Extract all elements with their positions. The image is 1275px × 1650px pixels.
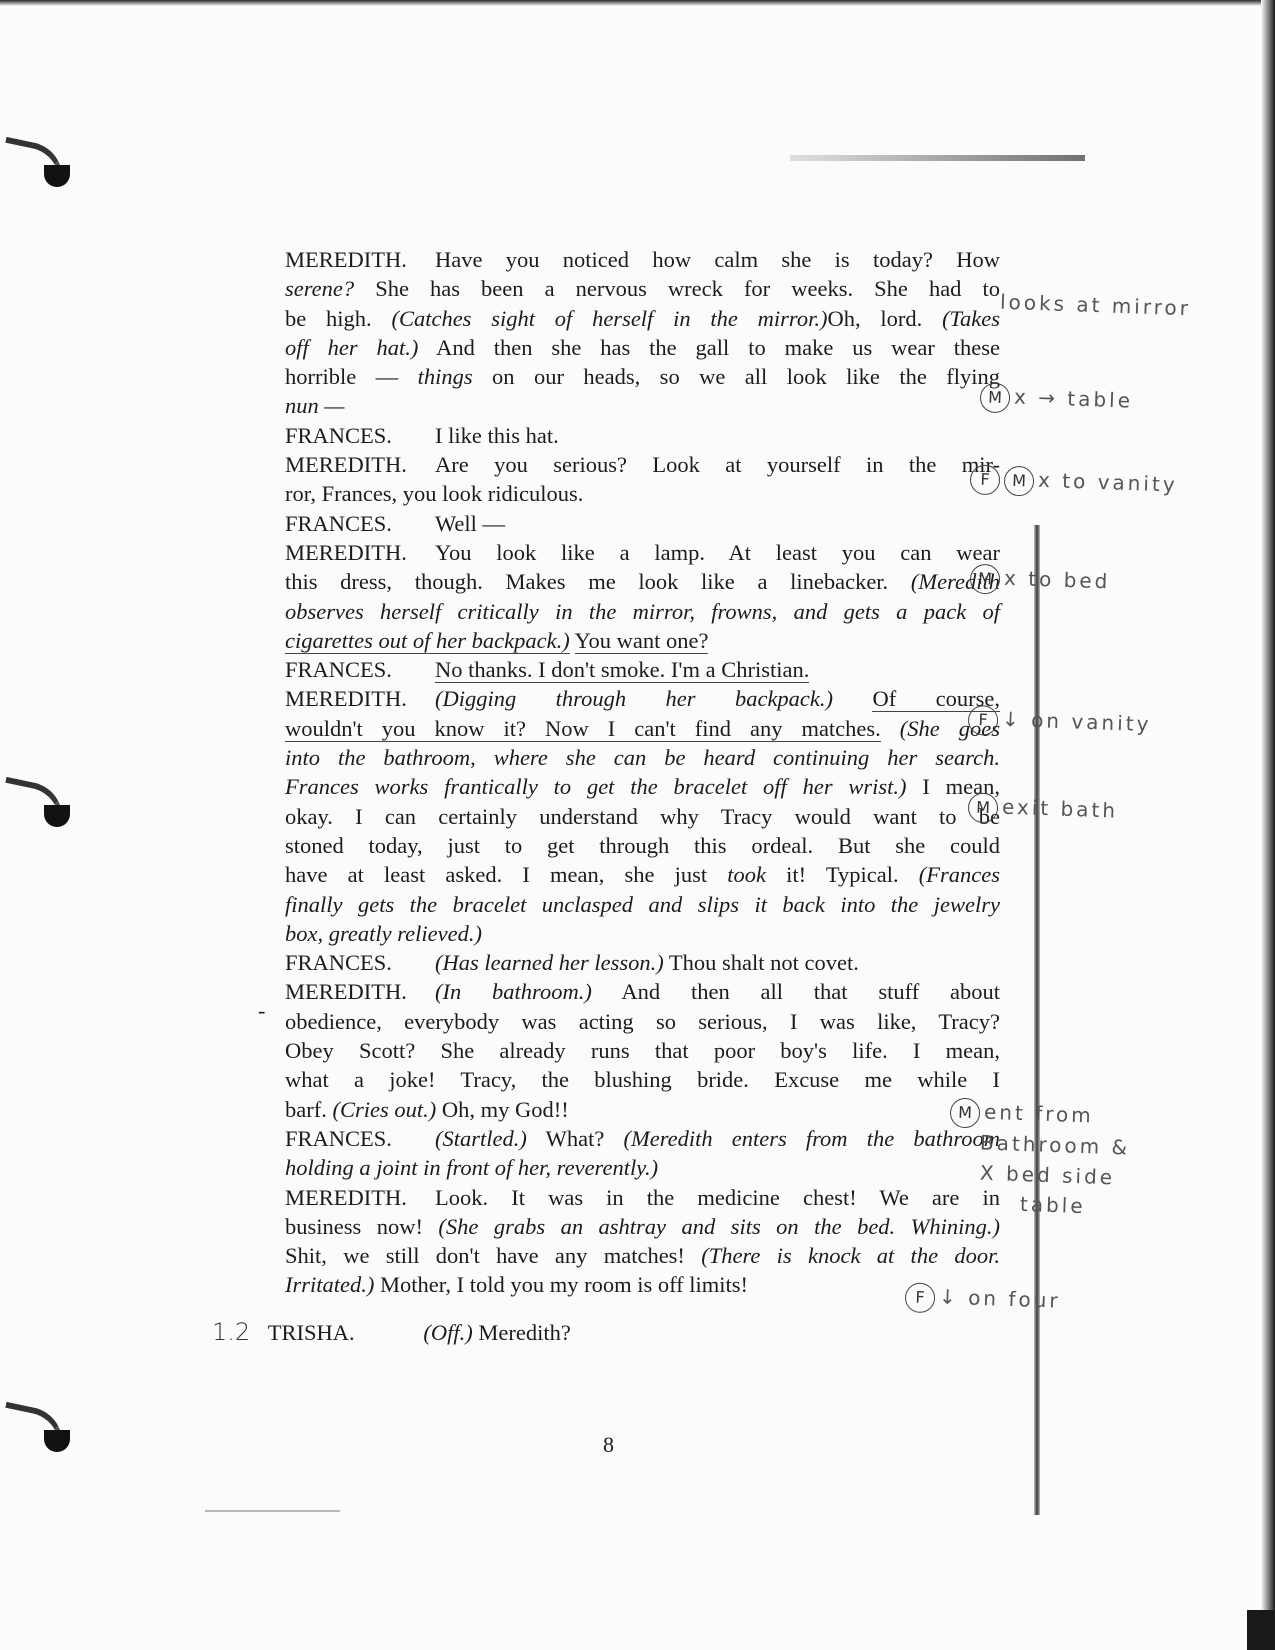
dialogue-text: Obey Scott? She already runs that poor b… <box>285 1038 1000 1063</box>
dialogue-text: wouldn't you know it? Now I can't find a… <box>285 716 881 742</box>
stage-direction: (Takes <box>942 306 1000 331</box>
dialogue-text: Well — <box>435 511 505 536</box>
script-line: horrible — things on our heads, so we al… <box>285 362 1000 391</box>
handwritten-note: looks at mirror <box>1000 290 1192 321</box>
dialogue-text: You want one? <box>575 628 709 654</box>
stage-direction: finally gets the bracelet unclasped and … <box>285 892 1000 917</box>
stage-direction: off her hat.) <box>285 335 418 360</box>
dialogue-text: this dress, though. Makes me look like a… <box>285 569 911 594</box>
stage-direction: (In bathroom.) <box>435 979 592 1004</box>
handwritten-note: F↓ on vanity <box>968 705 1152 741</box>
stage-direction: (Frances <box>919 862 1000 887</box>
dialogue-text: Are you serious? Look at yourself in the… <box>435 452 1000 477</box>
speaker-name: MEREDITH. <box>285 450 435 479</box>
stage-direction: observes herself critically in the mirro… <box>285 599 1000 624</box>
dialogue-text: be high. <box>285 306 391 331</box>
speaker-name: MEREDITH. <box>285 977 435 1006</box>
script-line: FRANCES.Well — <box>285 509 1000 538</box>
script-line: ror, Frances, you look ridiculous. <box>285 479 1000 508</box>
dialogue-text: Oh, lord. <box>827 306 942 331</box>
script-line: MEREDITH.Look. It was in the medicine ch… <box>285 1183 1000 1212</box>
dialogue-text: business now! <box>285 1214 438 1239</box>
circled-initial-icon: F <box>905 1282 936 1313</box>
speaker-name: FRANCES. <box>285 948 435 977</box>
scan-right-edge <box>1261 0 1275 1650</box>
stage-direction: serene? <box>285 276 354 301</box>
script-line: Shit, we still don't have any matches! (… <box>285 1241 1000 1270</box>
script-line: observes herself critically in the mirro… <box>285 597 1000 626</box>
stage-direction: (There is knock at the door. <box>701 1243 1000 1268</box>
dialogue-text: stoned today, just to get through this o… <box>285 833 1000 858</box>
pencil-margin-line <box>1034 525 1040 1515</box>
dialogue-text: okay. I can certainly understand why Tra… <box>285 804 1000 829</box>
note-text: X bed side <box>980 1161 1116 1190</box>
script-line: serene? She has been a nervous wreck for… <box>285 274 1000 303</box>
script-line: into the bathroom, where she can be hear… <box>285 743 1000 772</box>
handwritten-note: X bed side <box>980 1161 1116 1190</box>
note-text: x to vanity <box>1038 468 1178 497</box>
handwritten-note: Mx to bed <box>970 564 1111 599</box>
dialogue-text <box>881 716 900 741</box>
stage-direction: things <box>418 364 473 389</box>
speaker-name: MEREDITH. <box>285 245 435 274</box>
note-text: ent from <box>984 1100 1095 1128</box>
dialogue-text: What? <box>527 1126 624 1151</box>
stage-direction: took <box>727 862 766 887</box>
speaker-name: FRANCES. <box>285 509 435 538</box>
handwritten-note: F↓ on four <box>905 1282 1062 1317</box>
script-line: MEREDITH.(Digging through her backpack.)… <box>285 684 1000 713</box>
stage-direction: holding a joint in front of her, reveren… <box>285 1155 658 1180</box>
script-line: FRANCES.(Has learned her lesson.) Thou s… <box>285 948 1000 977</box>
scene-marker-handwritten: 1.2 <box>212 1318 250 1346</box>
handwritten-note: table <box>1020 1192 1086 1218</box>
scan-artifact-line <box>205 1510 340 1512</box>
script-line: finally gets the bracelet unclasped and … <box>285 890 1000 919</box>
dialogue-text: on our heads, so we all look like the fl… <box>473 364 1000 389</box>
script-line: okay. I can certainly understand why Tra… <box>285 802 1000 831</box>
margin-dash-mark: - <box>258 998 265 1024</box>
script-line: off her hat.) And then she has the gall … <box>285 333 1000 362</box>
script-line: FRANCES.No thanks. I don't smoke. I'm a … <box>285 655 1000 684</box>
stage-direction: (Meredith enters from the bathroom <box>623 1126 1000 1151</box>
speaker-name: FRANCES. <box>285 1124 435 1153</box>
script-line: FRANCES.I like this hat. <box>285 421 1000 450</box>
dialogue-text: Oh, my God!! <box>436 1097 568 1122</box>
scan-artifact-bar <box>790 155 1085 161</box>
binder-ring-middle <box>0 775 80 835</box>
dialogue-text: Shit, we still don't have any matches! <box>285 1243 701 1268</box>
dialogue-text: And then all that stuff about <box>592 979 1000 1004</box>
circled-initial-icon: M <box>968 792 999 823</box>
dialogue-text: obedience, everybody was acting so serio… <box>285 1009 1000 1034</box>
note-text: exit bath <box>1002 795 1119 823</box>
handwritten-note: Mx → table <box>980 382 1134 417</box>
speaker-name: FRANCES. <box>285 655 435 684</box>
dialogue-text: And then she has the gall to make us wea… <box>418 335 1000 360</box>
script-line: Frances works frantically to get the bra… <box>285 772 1000 801</box>
speaker-name: FRANCES. <box>285 421 435 450</box>
handwritten-note: FMx to vanity <box>970 464 1179 501</box>
speaker-name: MEREDITH. <box>285 684 435 713</box>
stage-direction: (Cries out.) <box>332 1097 436 1122</box>
dialogue-text: it! Typical. <box>766 862 919 887</box>
dialogue-text: She has been a nervous wreck for weeks. … <box>354 276 1000 301</box>
dialogue-text: Mother, I told you my room is off limits… <box>374 1272 748 1297</box>
stage-direction: (Off.) <box>423 1320 472 1345</box>
handwritten-note: Mexit bath <box>968 792 1119 827</box>
circled-initial-icon: M <box>970 564 1001 595</box>
script-body: MEREDITH.Have you noticed how calm she i… <box>285 245 1000 1300</box>
script-line: MEREDITH.Are you serious? Look at yourse… <box>285 450 1000 479</box>
stage-direction: into the bathroom, where she can be hear… <box>285 745 1000 770</box>
circled-initial-icon: F <box>968 705 999 736</box>
script-line: MEREDITH.(In bathroom.) And then all tha… <box>285 977 1000 1006</box>
handwritten-note: Bathroom & <box>980 1130 1131 1159</box>
script-line: business now! (She grabs an ashtray and … <box>285 1212 1000 1241</box>
note-text: Bathroom & <box>980 1130 1131 1159</box>
scan-corner-shadow <box>1247 1610 1275 1650</box>
dialogue-text: horrible — <box>285 364 418 389</box>
note-text: ↓ on vanity <box>1002 707 1152 736</box>
script-line: this dress, though. Makes me look like a… <box>285 567 1000 596</box>
stage-direction: (She grabs an ashtray and sits on the be… <box>438 1214 1000 1239</box>
stage-direction: Irritated.) <box>285 1272 374 1297</box>
speaker-name: TRISHA. <box>268 1320 418 1346</box>
script-line: wouldn't you know it? Now I can't find a… <box>285 714 1000 743</box>
stage-direction: (Startled.) <box>435 1126 527 1151</box>
note-text: looks at mirror <box>1000 290 1192 321</box>
stage-direction: box, greatly relieved.) <box>285 921 482 946</box>
dialogue-text: Thou shalt not covet. <box>664 950 859 975</box>
stage-direction: (Has learned her lesson.) <box>435 950 664 975</box>
script-line: MEREDITH.Have you noticed how calm she i… <box>285 245 1000 274</box>
dialogue-text <box>570 628 575 653</box>
circled-initial-icon: M <box>950 1098 981 1129</box>
stage-direction: (Digging through her backpack.) <box>435 686 833 711</box>
dialogue-text: Look. It was in the medicine chest! We a… <box>435 1185 1000 1210</box>
dialogue-text: ror, Frances, you look ridiculous. <box>285 481 583 506</box>
script-line: be high. (Catches sight of herself in th… <box>285 304 1000 333</box>
dialogue-text: No thanks. I don't smoke. I'm a Christia… <box>435 657 809 683</box>
script-line: have at least asked. I mean, she just to… <box>285 860 1000 889</box>
dialogue-text <box>833 686 872 711</box>
circled-initial-icon: F <box>970 464 1001 495</box>
dialogue-text: You look like a lamp. At least you can w… <box>435 540 1000 565</box>
stage-direction: (Catches sight of herself in the mirror.… <box>391 306 827 331</box>
circled-initial-icon: M <box>1004 466 1035 497</box>
note-text: ↓ on four <box>939 1284 1061 1312</box>
dialogue-text: I like this hat. <box>435 423 559 448</box>
note-text: x to bed <box>1004 566 1111 594</box>
binder-ring-bottom <box>0 1400 80 1460</box>
speaker-name: MEREDITH. <box>285 538 435 567</box>
script-line: barf. (Cries out.) Oh, my God!! <box>285 1095 1000 1124</box>
final-dialogue-line: 1.2 TRISHA. (Off.) Meredith? <box>212 1318 571 1346</box>
script-line: stoned today, just to get through this o… <box>285 831 1000 860</box>
page-number: 8 <box>603 1432 614 1458</box>
dialogue-text: Have you noticed how calm she is today? … <box>435 247 1000 272</box>
script-line: cigarettes out of her backpack.) You wan… <box>285 626 1000 655</box>
dialogue-text: what a joke! Tracy, the blushing bride. … <box>285 1067 1000 1092</box>
dialogue-text: have at least asked. I mean, she just <box>285 862 727 887</box>
script-line: MEREDITH.You look like a lamp. At least … <box>285 538 1000 567</box>
circled-initial-icon: M <box>980 382 1011 413</box>
script-line: what a joke! Tracy, the blushing bride. … <box>285 1065 1000 1094</box>
script-line: obedience, everybody was acting so serio… <box>285 1007 1000 1036</box>
stage-direction: cigarettes out of her backpack.) <box>285 628 570 654</box>
script-line: holding a joint in front of her, reveren… <box>285 1153 1000 1182</box>
note-text: table <box>1020 1192 1086 1218</box>
note-text: x → table <box>1014 385 1134 413</box>
speaker-name: MEREDITH. <box>285 1183 435 1212</box>
script-line: FRANCES.(Startled.) What? (Meredith ente… <box>285 1124 1000 1153</box>
scan-top-edge <box>0 0 1275 6</box>
script-line: Irritated.) Mother, I told you my room i… <box>285 1270 1000 1299</box>
handwritten-note: Ment from <box>950 1098 1095 1133</box>
dialogue-text: barf. <box>285 1097 332 1122</box>
dialogue-text: Meredith? <box>478 1320 570 1345</box>
binder-ring-top <box>0 135 80 195</box>
stage-direction: Frances works frantically to get the bra… <box>285 774 907 799</box>
stage-direction: nun — <box>285 393 344 418</box>
script-line: nun — <box>285 391 1000 420</box>
script-line: Obey Scott? She already runs that poor b… <box>285 1036 1000 1065</box>
script-line: box, greatly relieved.) <box>285 919 1000 948</box>
